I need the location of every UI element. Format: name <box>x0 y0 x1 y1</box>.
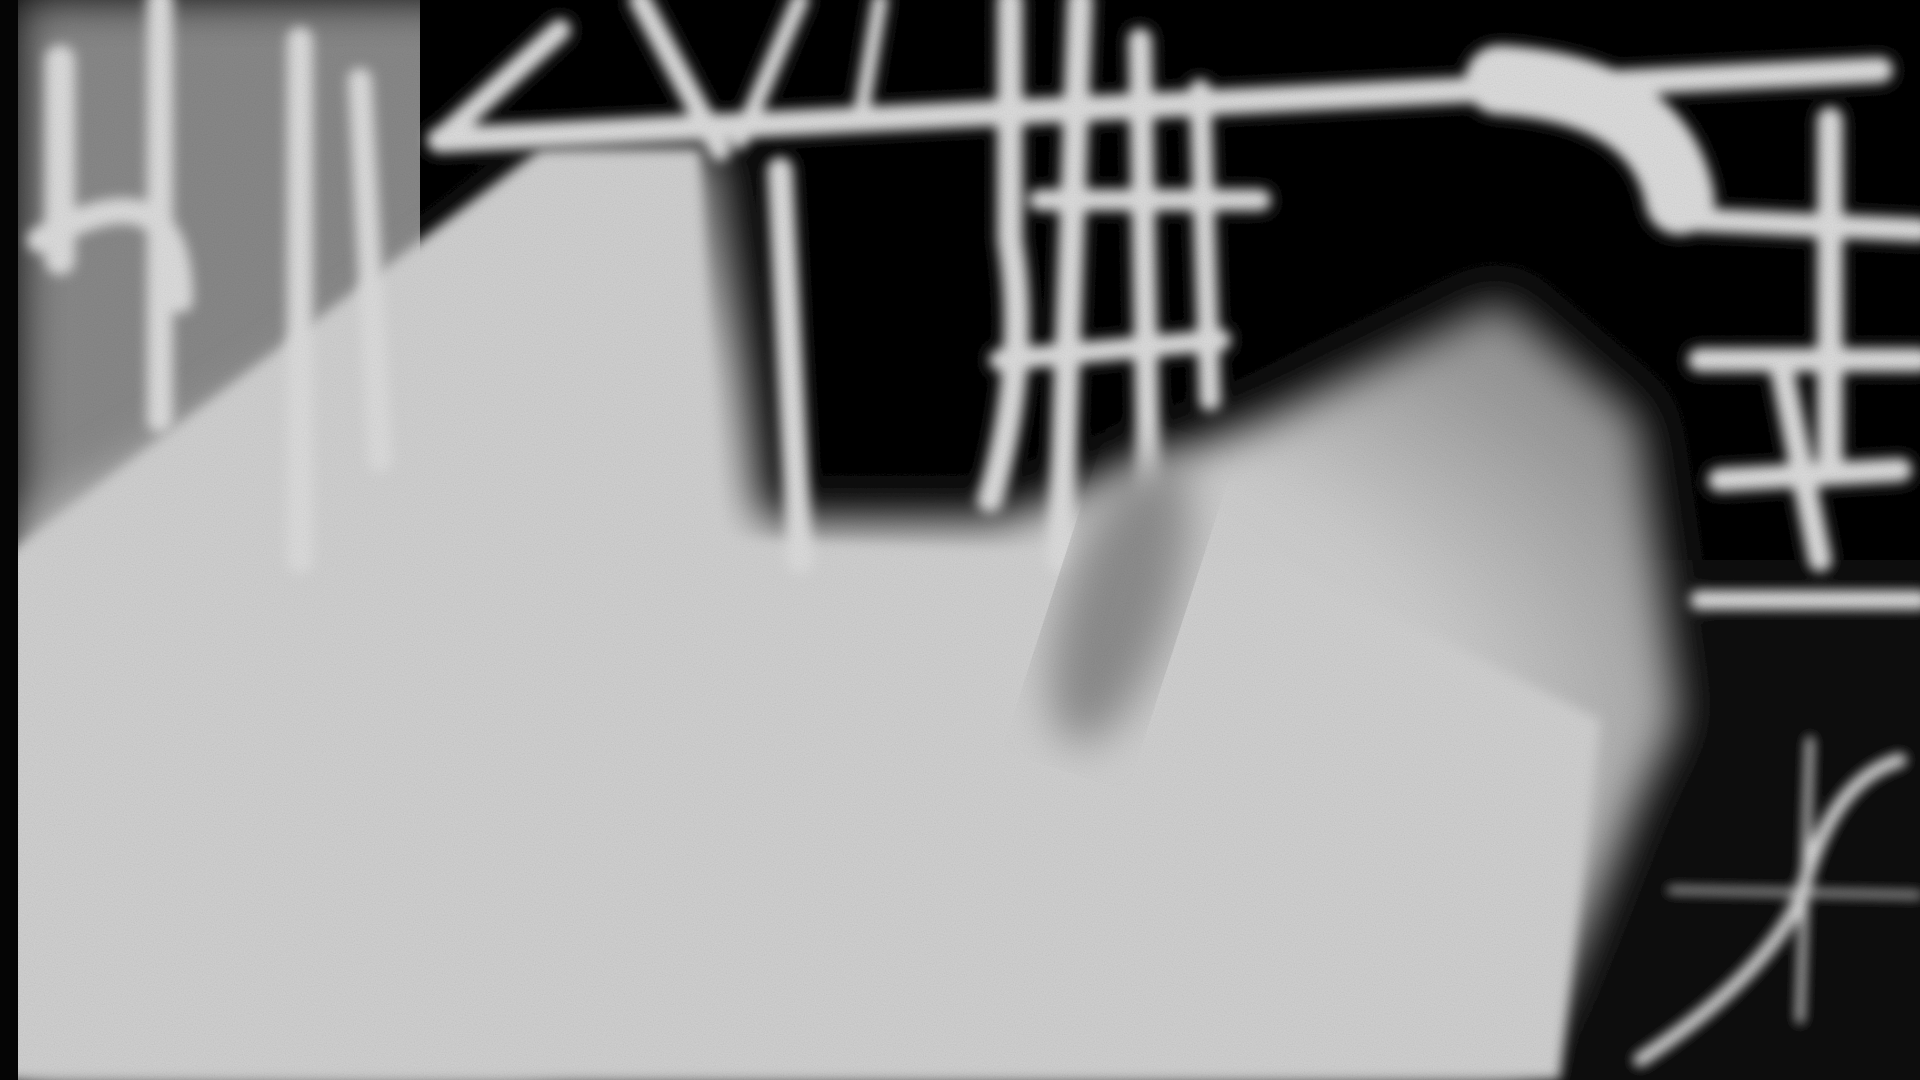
photo-frame <box>0 0 1920 1080</box>
